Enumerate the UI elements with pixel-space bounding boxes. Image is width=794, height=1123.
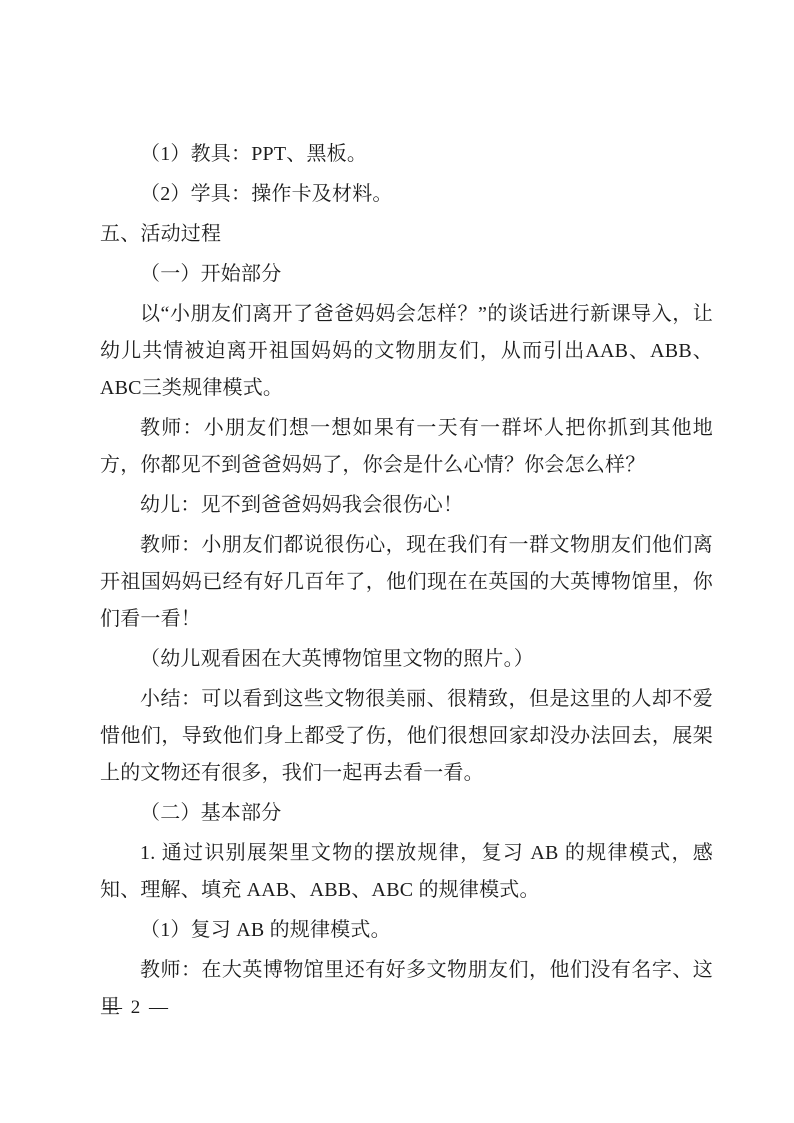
document-body: （1）教具：PPT、黑板。（2）学具：操作卡及材料。五、活动过程（一）开始部分以… <box>100 136 713 1029</box>
paragraph: 教师：小朋友们想一想如果有一天有一群坏人把你抓到其他地方，你都见不到爸爸妈妈了，… <box>100 410 713 484</box>
paragraph: （2）学具：操作卡及材料。 <box>100 176 713 213</box>
paragraph: 小结：可以看到这些文物很美丽、很精致，但是这里的人却不爱惜他们，导致他们身上都受… <box>100 681 713 792</box>
paragraph: 教师：小朋友们都说很伤心，现在我们有一群文物朋友们他们离开祖国妈妈已经有好几百年… <box>100 527 713 638</box>
paragraph: （幼儿观看困在大英博物馆里文物的照片。） <box>100 641 713 678</box>
paragraph: 以“小朋友们离开了爸爸妈妈会怎样？”的谈话进行新课导入，让幼儿共情被迫离开祖国妈… <box>100 296 713 407</box>
paragraph: （1）教具：PPT、黑板。 <box>100 136 713 173</box>
paragraph: （1）复习 AB 的规律模式。 <box>100 912 713 949</box>
paragraph: 幼儿：见不到爸爸妈妈我会很伤心！ <box>100 487 713 524</box>
paragraph: （二）基本部分 <box>100 795 713 832</box>
page-number: — 2 — <box>103 993 170 1023</box>
paragraph: 1. 通过识别展架里文物的摆放规律，复习 AB 的规律模式，感知、理解、填充 A… <box>100 835 713 909</box>
paragraph: 教师：在大英博物馆里还有好多文物朋友们，他们没有名字、这里 <box>100 952 713 1026</box>
document-page: （1）教具：PPT、黑板。（2）学具：操作卡及材料。五、活动过程（一）开始部分以… <box>0 0 794 1123</box>
paragraph: （一）开始部分 <box>100 256 713 293</box>
paragraph: 五、活动过程 <box>100 216 713 253</box>
